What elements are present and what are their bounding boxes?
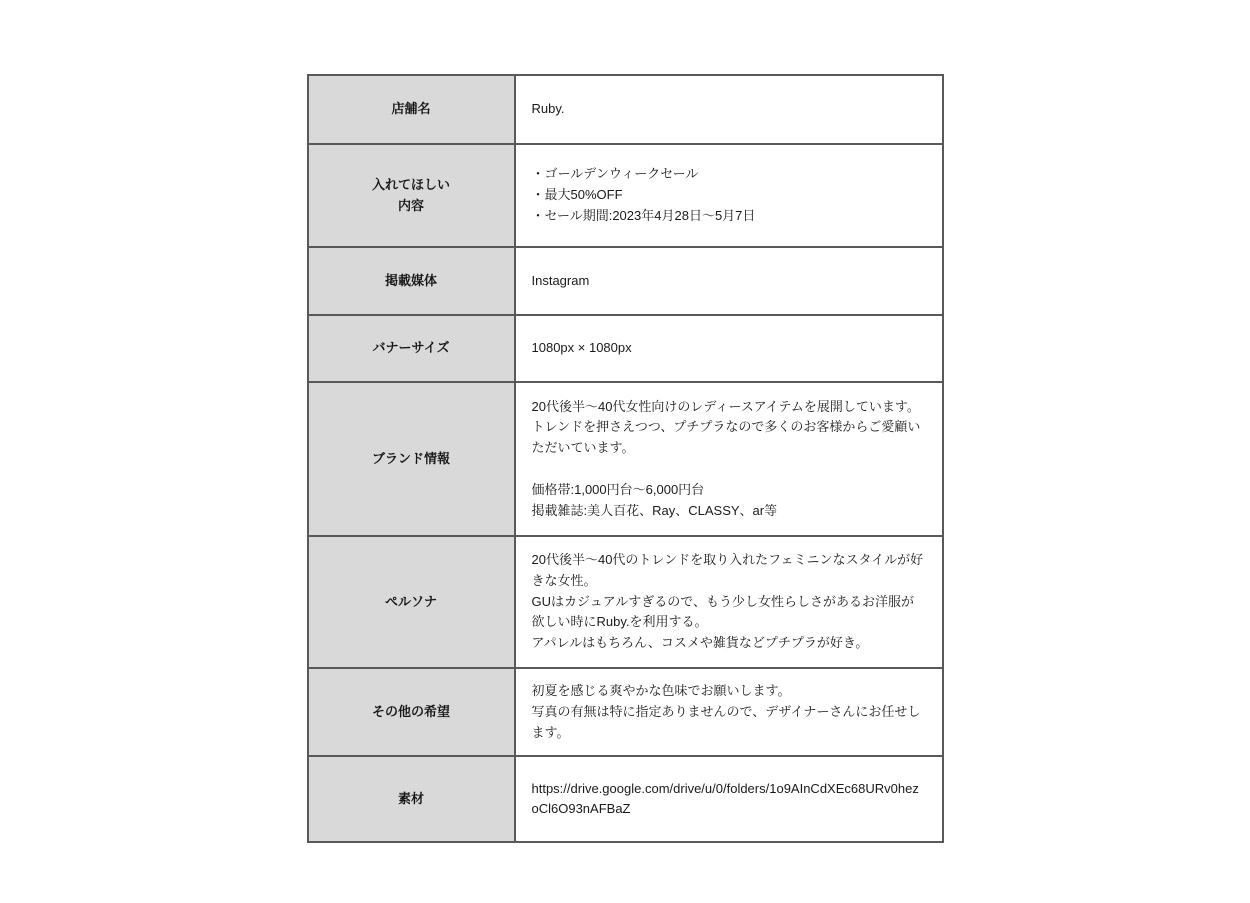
table-row-requested-content: 入れてほしい 内容 ・ゴールデンウィークセール ・最大50%OFF ・セール期間… (308, 144, 943, 247)
row-value: 初夏を感じる爽やかな色味でお願いします。 写真の有無は特に指定ありませんので、デ… (515, 668, 943, 756)
row-label: ブランド情報 (308, 382, 515, 536)
row-value: 20代後半〜40代のトレンドを取り入れたフェミニンなスタイルが好きな女性。 GU… (515, 536, 943, 668)
row-value: Instagram (515, 247, 943, 315)
row-label: バナーサイズ (308, 315, 515, 382)
design-brief-table: 店舗名 Ruby. 入れてほしい 内容 ・ゴールデンウィークセール ・最大50%… (307, 74, 944, 843)
row-value: ・ゴールデンウィークセール ・最大50%OFF ・セール期間:2023年4月28… (515, 144, 943, 247)
table-row-banner-size: バナーサイズ 1080px × 1080px (308, 315, 943, 382)
table-row-publication-media: 掲載媒体 Instagram (308, 247, 943, 315)
row-value: 1080px × 1080px (515, 315, 943, 382)
row-label: その他の希望 (308, 668, 515, 756)
table-row-other-requests: その他の希望 初夏を感じる爽やかな色味でお願いします。 写真の有無は特に指定あり… (308, 668, 943, 756)
row-value material-url: https://drive.google.com/drive/u/0/folde… (515, 756, 943, 842)
table-row-store-name: 店舗名 Ruby. (308, 75, 943, 144)
table-row-brand-info: ブランド情報 20代後半〜40代女性向けのレディースアイテムを展開しています。 … (308, 382, 943, 536)
row-value: 20代後半〜40代女性向けのレディースアイテムを展開しています。 トレンドを押さ… (515, 382, 943, 536)
row-label: 店舗名 (308, 75, 515, 144)
row-label: 入れてほしい 内容 (308, 144, 515, 247)
row-label: ペルソナ (308, 536, 515, 668)
table-row-persona: ペルソナ 20代後半〜40代のトレンドを取り入れたフェミニンなスタイルが好きな女… (308, 536, 943, 668)
row-label: 素材 (308, 756, 515, 842)
table-row-materials: 素材 https://drive.google.com/drive/u/0/fo… (308, 756, 943, 842)
brief-document-page: 店舗名 Ruby. 入れてほしい 内容 ・ゴールデンウィークセール ・最大50%… (0, 0, 1250, 903)
row-label: 掲載媒体 (308, 247, 515, 315)
row-value: Ruby. (515, 75, 943, 144)
